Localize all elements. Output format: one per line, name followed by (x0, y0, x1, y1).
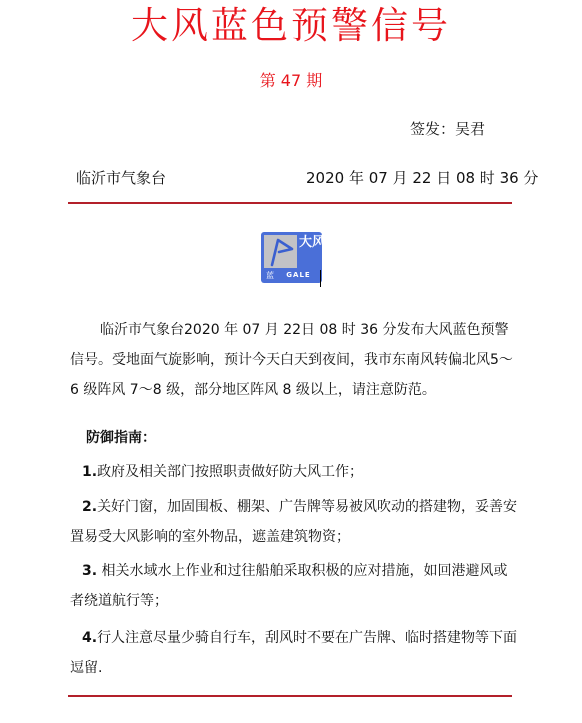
gale-blue-warning-icon: 大风 蓝 GALE (261, 232, 322, 283)
item-number: 2. (82, 499, 97, 515)
issue-datetime: 2020 年 07 月 22 日 08 时 36 分 (306, 168, 538, 188)
footer-divider (68, 695, 512, 697)
issue-number: 第 47 期 (0, 70, 582, 92)
warning-paragraph: 临沂市气象台2020 年 07 月 22日 08 时 36 分发布大风蓝色预警信… (70, 315, 518, 405)
text-cursor (320, 270, 321, 287)
item-number: 4. (82, 630, 97, 646)
guide-heading: 防御指南： (86, 428, 156, 448)
item-text: 相关水域水上作业和过往船舶采取积极的应对措施，如回港避风或者绕道航行等； (70, 563, 508, 609)
guide-item: 1.政府及相关部门按照职责做好防大风工作； (70, 457, 518, 487)
guide-item: 3. 相关水域水上作业和过往船舶采取积极的应对措施，如回港避风或者绕道航行等； (70, 556, 518, 616)
item-number: 1. (82, 464, 97, 480)
item-text: 关好门窗，加固围板、棚架、广告牌等易被风吹动的搭建物，妥善安置易受大风影响的室外… (70, 499, 517, 545)
item-text: 政府及相关部门按照职责做好防大风工作； (97, 464, 363, 480)
badge-footer: 蓝 GALE (264, 270, 319, 281)
issuing-agency: 临沂市气象台 (76, 168, 166, 188)
signer: 签发：吴君 (410, 119, 485, 139)
document-title: 大风蓝色预警信号 (0, 4, 582, 48)
item-number: 3. (82, 563, 97, 579)
badge-label-en: GALE (278, 270, 319, 281)
header-divider (68, 202, 512, 204)
badge-label-cn: 大风 (299, 235, 319, 250)
guide-item: 2.关好门窗，加固围板、棚架、广告牌等易被风吹动的搭建物，妥善安置易受大风影响的… (70, 492, 518, 552)
wind-flag-icon (264, 235, 297, 268)
guide-item: 4.行人注意尽量少骑自行车，刮风时不要在广告牌、临时搭建物等下面逗留. (70, 623, 518, 683)
item-text: 行人注意尽量少骑自行车，刮风时不要在广告牌、临时搭建物等下面逗留. (70, 630, 517, 676)
badge-level: 蓝 (264, 270, 276, 281)
